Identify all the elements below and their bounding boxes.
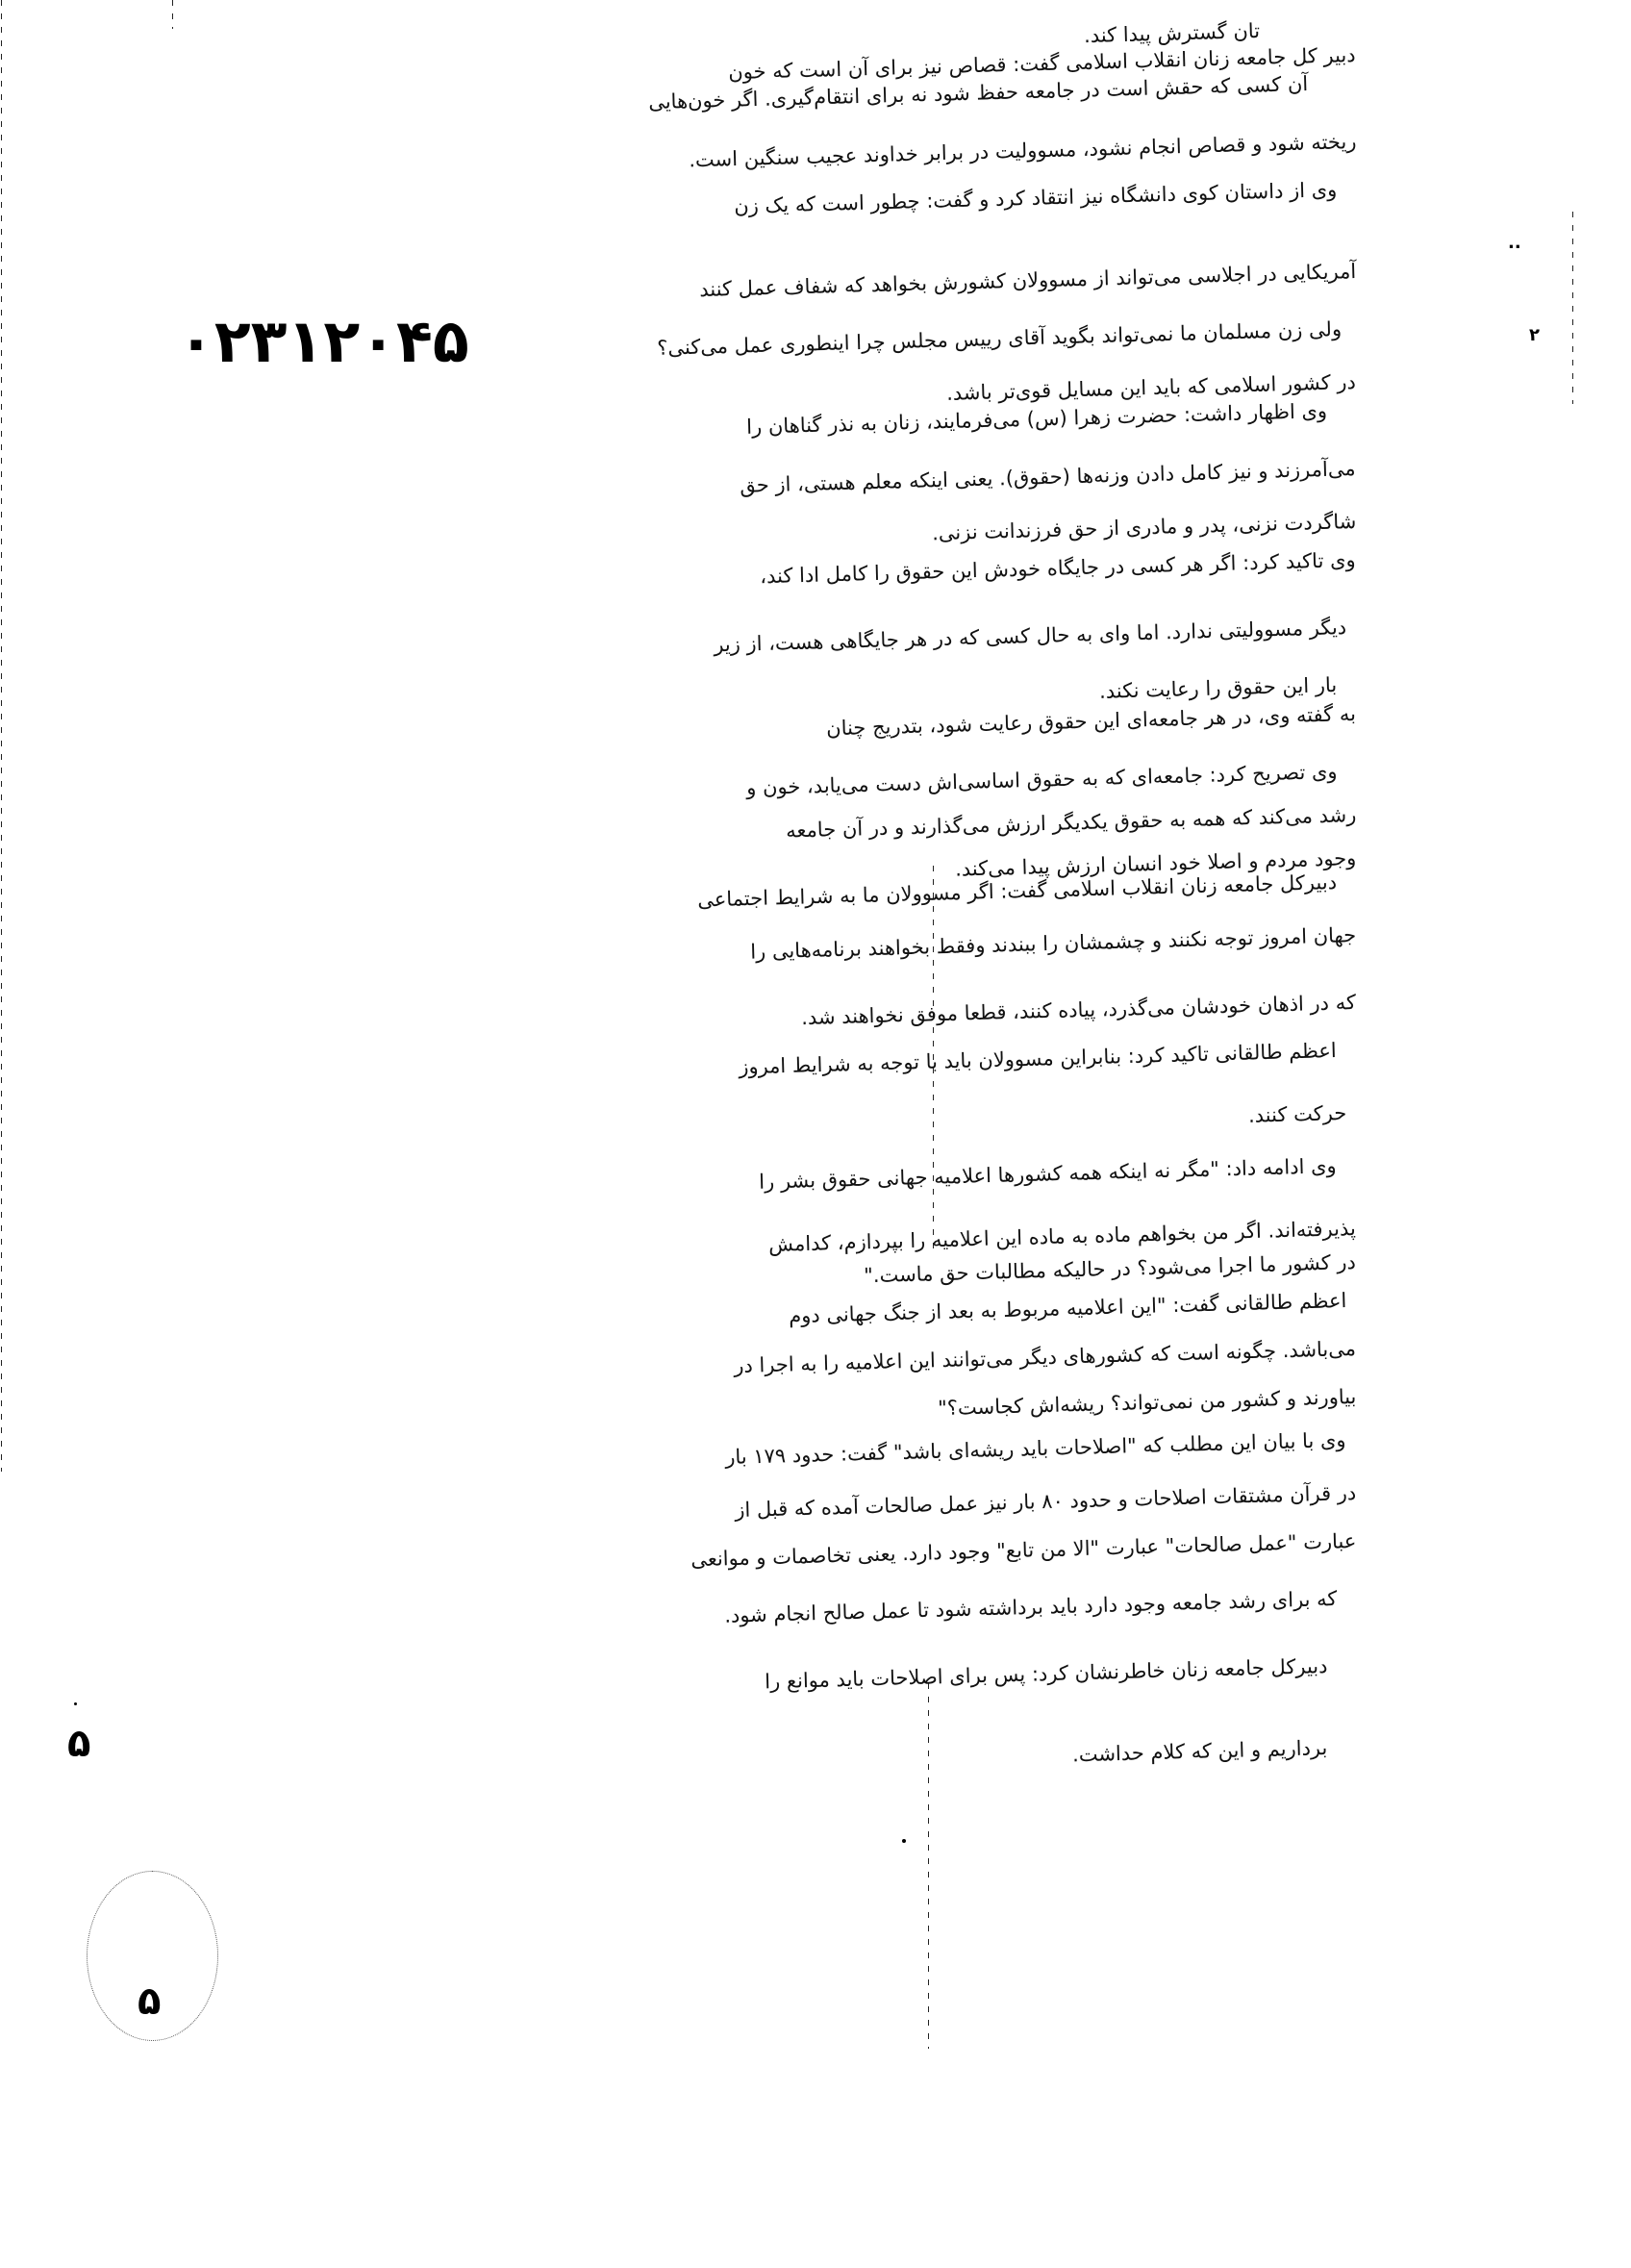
document-text-line: جهان امروز توجه نکنند و چشمشان را ببندند…	[750, 923, 1357, 964]
document-text-line: در کشور ما اجرا می‌شود؟ در حالیکه مطالبا…	[864, 1250, 1356, 1287]
document-text-line: وی تصریح کرد: جامعه‌ای که به حقوق اساسی‌…	[745, 760, 1337, 799]
margin-page-number: ۵	[67, 1722, 90, 1766]
document-text-line: شاگردت نزنی، پدر و مادری از حق فرزندانت …	[932, 510, 1357, 544]
stray-dot-mark	[902, 1839, 906, 1843]
scanned-document-page: ۰۲۳۱۲۰۴۵ .. ۲ تان گسترش پیدا کند.دبیر کل…	[0, 0, 1631, 2268]
document-text-line: برداریم و این که کلام حداشت.	[1071, 1736, 1327, 1766]
document-text-line: وی ادامه داد: "مگر نه اینکه همه کشورها ا…	[759, 1154, 1337, 1194]
document-text-line: وی اظهار داشت: حضرت زهرا (س) می‌فرمایند،…	[746, 399, 1327, 439]
document-text-line: وی از داستان کوی دانشگاه نیز انتقاد کرد …	[734, 178, 1338, 218]
document-text-line: می‌باشد. چگونه است که کشورهای دیگر می‌تو…	[734, 1337, 1356, 1377]
scan-fold-line-right	[1572, 212, 1573, 404]
document-text-line: عبارت "عمل صالحات" عبارت "الا من تابع" و…	[690, 1529, 1357, 1571]
document-text-line: دیگر مسوولیتی ندارد. اما وای به حال کسی …	[714, 616, 1347, 656]
document-text-line: ولی زن مسلمان ما نمی‌تواند بگوید آقای ری…	[657, 317, 1342, 360]
document-text-line: ریخته شود و قصاص انجام نشود، مسوولیت در …	[689, 130, 1357, 171]
document-text-line: می‌آمرزند و نیز کامل دادن وزنه‌ها (حقوق)…	[740, 457, 1356, 497]
document-text-line: آمریکایی در اجلاسی می‌تواند از مسوولان ک…	[699, 260, 1357, 301]
scan-fold-line-top	[172, 0, 173, 29]
document-text-line: وی با بیان این مطلب که "اصلاحات باید ریش…	[725, 1428, 1346, 1469]
right-margin-mark-dots: ..	[1508, 233, 1521, 253]
document-text-line: وی تاکید کرد: اگر هر کسی در جایگاه خودش …	[760, 548, 1356, 588]
stray-dot-mark-left	[74, 1702, 77, 1705]
document-text-line: که در اذهان خودشان می‌گذرد، پیاده کنند، …	[801, 991, 1356, 1029]
document-text-line: تان گسترش پیدا کند.	[1084, 19, 1261, 47]
document-text-line: پذیرفته‌اند. اگر من بخواهم ماده به ماده …	[768, 1217, 1356, 1256]
right-margin-mark-number: ۲	[1529, 325, 1540, 345]
seal-page-number: ۵	[138, 1979, 161, 2024]
document-text-line: بار این حقوق را رعایت نکند.	[1099, 673, 1338, 703]
document-text-line: اعظم طالقانی تاکید کرد: بنابراین مسوولان…	[739, 1039, 1337, 1078]
scan-fold-line-center-bottom	[928, 1683, 929, 2049]
document-stamp-number: ۰۲۳۱۲۰۴۵	[178, 306, 469, 376]
document-text-line: بیاورند و کشور من نمی‌تواند؟ ریشه‌اش کجا…	[937, 1385, 1356, 1420]
circular-seal-stamp: ۵	[87, 1871, 218, 2041]
scan-edge-line-left	[1, 0, 2, 1472]
document-text-line: دبیرکل جامعه زنان خاطرنشان کرد: پس برای …	[764, 1654, 1327, 1693]
document-text-line: حرکت کنند.	[1247, 1101, 1346, 1127]
document-text-line: که برای رشد جامعه وجود دارد باید برداشته…	[724, 1587, 1338, 1627]
document-text-line: رشد می‌کند که همه به حقوق یکدیگر ارزش می…	[786, 803, 1357, 843]
document-text-line: به گفته وی، در هر جامعه‌ای این حقوق رعای…	[826, 702, 1356, 740]
document-text-line: اعظم طالقانی گفت: "این اعلامیه مربوط به …	[789, 1289, 1347, 1327]
document-text-line: در قرآن مشتقات اصلاحات و حدود ۸۰ بار نیز…	[735, 1481, 1357, 1522]
